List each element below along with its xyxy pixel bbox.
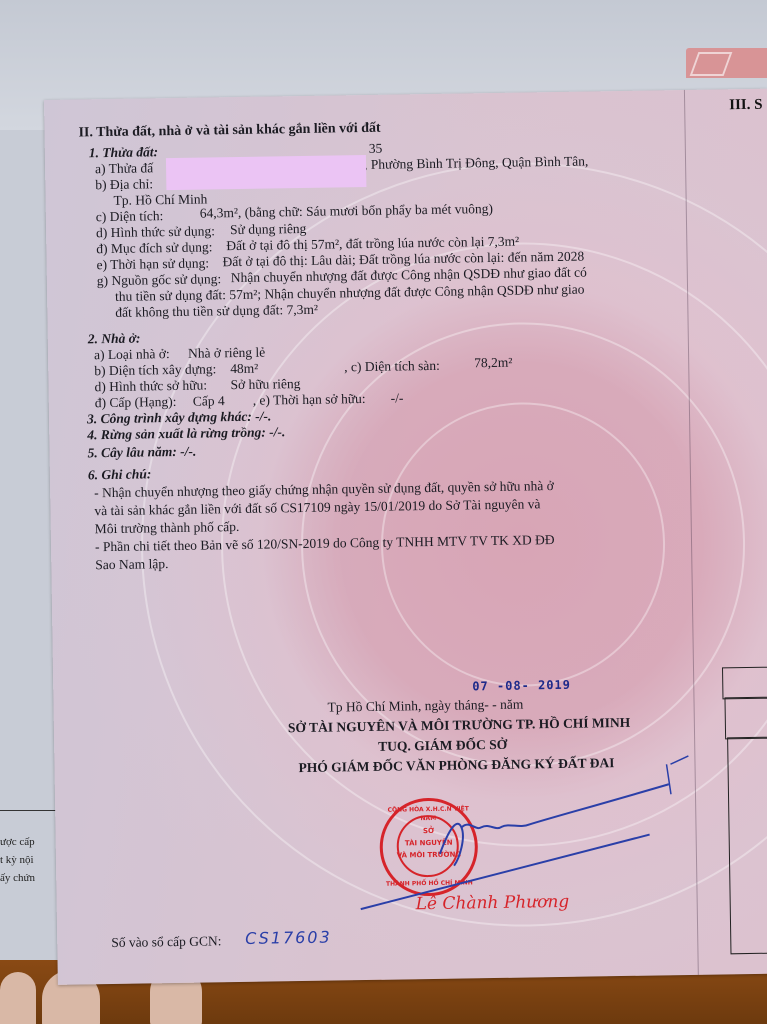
grade-value: Cấp 4 [193,393,225,409]
notes-heading: 6. Ghi chú: [88,466,152,483]
usage-term-label: e) Thời hạn sử dụng: [96,255,209,273]
land-parcel-label: a) Thửa đấ [95,160,153,177]
left-page-fragment: ấy chứn [0,870,35,887]
house-type-label: a) Loại nhà ở: [94,346,170,363]
registry-label: Số vào sổ cấp GCN: [111,933,221,951]
divider [0,810,62,811]
land-use-certificate-page: III. S II. Thửa đất, nhà ở và tài sản kh… [44,89,767,985]
left-page-fragment: t kỳ nội [0,852,34,869]
registry-number: CS17603 [245,928,332,948]
on-behalf-of: TUQ. GIÁM ĐỐC SỞ [378,737,507,755]
table-cell [727,736,767,954]
finger [0,972,36,1024]
left-page-fragment: ược cấp [0,834,35,851]
origin-value: đất không thu tiền sử dụng đất: 7,3m² [115,302,318,321]
production-forest: 4. Rừng sản xuất là rừng trồng: -/-. [87,424,285,443]
ownership-term-label: , e) Thời hạn sở hữu: [253,391,366,409]
house-type-value: Nhà ở riêng lẻ [188,345,265,362]
grade-label: đ) Cấp (Hạng): [95,394,177,411]
perennial-trees: 5. Cây lâu năm: -/-. [87,444,196,462]
usage-form-value: Sử dụng riêng [230,221,307,238]
section-title: II. Thửa đất, nhà ở và tài sản khác gắn … [78,121,380,142]
signer-name: Lê Chành Phương [416,892,570,914]
sheet-number: 35 [369,141,383,157]
table-cell [722,666,767,699]
construction-area-value: 48m² [230,361,258,377]
note-line: Sao Nam lập. [95,556,168,573]
ownership-form-label: d) Hình thức sở hữu: [94,377,207,395]
address-label: b) Địa chỉ: [95,176,153,193]
redacted-block [166,155,366,190]
area-label: c) Diện tích: [96,208,164,225]
date-stamp: 07 -08- 2019 [472,678,571,694]
place-date: Tp Hồ Chí Minh, ngày tháng- - năm [327,697,523,716]
usage-purpose-label: đ) Mục đích sử dụng: [96,239,212,257]
origin-label: g) Nguồn gốc sử dụng: [97,271,222,289]
floor-area-value: 78,2m² [474,355,512,372]
ownership-form-value: Sở hữu riêng [230,376,300,393]
red-tab-page-edge [686,48,767,78]
ownership-term-value: -/- [391,390,404,406]
floor-area-label: , c) Diện tích sàn: [344,358,440,375]
land-heading: 1. Thửa đất: [89,144,158,161]
usage-form-label: d) Hình thức sử dụng: [96,223,215,241]
next-page-title: III. S [729,97,763,115]
address-city: Tp. Hồ Chí Minh [113,191,207,208]
table-cell [724,696,767,739]
construction-area-label: b) Diện tích xây dựng: [94,361,216,379]
house-heading: 2. Nhà ở: [88,331,141,348]
note-line: Môi trường thành phố cấp. [95,519,240,537]
certificate-content: II. Thửa đất, nhà ở và tài sản khác gắn … [78,104,678,113]
